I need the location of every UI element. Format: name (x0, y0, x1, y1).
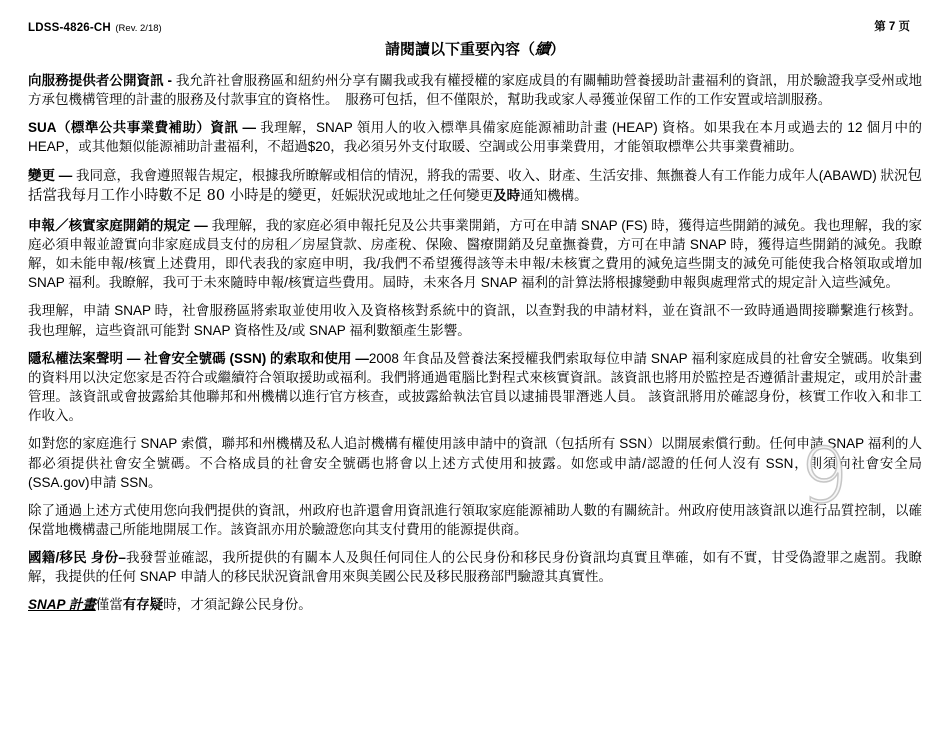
text-run: 我理解，申請 SNAP 時，社會服務區將索取並使用收入及資格核對系統中的資訊，以… (28, 303, 922, 337)
text-run: SNAP 計畫 (28, 597, 96, 612)
text-run: 時，才須記錄公民身份。 (163, 597, 312, 612)
paragraph: 我理解，申請 SNAP 時，社會服務區將索取並使用收入及資格核對系統中的資訊，以… (28, 301, 922, 339)
text-run: 除了通過上述方式使用您向我們提供的資訊，州政府也許還會用資訊進行領取家庭能源補助… (28, 503, 922, 537)
text-run: 變更 — (28, 168, 76, 183)
paragraph: 除了通過上述方式使用您向我們提供的資訊，州政府也許還會用資訊進行領取家庭能源補助… (28, 501, 922, 539)
text-run: SUA（標準公共事業費補助）資訊 — (28, 120, 260, 135)
text-run: 申報／核實家庭開銷的規定 — (28, 218, 212, 233)
page-number: 第 7 页 (874, 18, 922, 34)
form-identifier: LDSS-4826-CH (Rev. 2/18) (28, 18, 162, 36)
text-run: 僅當 (96, 597, 123, 612)
paragraph: SNAP 計畫僅當有存疑時，才須記錄公民身份。 (28, 595, 922, 614)
text-run: 有存疑 (123, 597, 164, 612)
text-run: 及時 (493, 188, 520, 203)
document-page: LDSS-4826-CH (Rev. 2/18) 第 7 页 請閱讀以下重要內容… (0, 0, 950, 733)
form-number: LDSS-4826-CH (28, 22, 111, 34)
text-run: 我發誓並確認，我所提供的有關本人及與任何同住人的公民身份和移民身份資訊均真實且準… (28, 550, 922, 584)
paragraph: 國籍/移民 身份–我發誓並確認，我所提供的有關本人及與任何同住人的公民身份和移民… (28, 548, 922, 586)
paragraph: 隱私權法案聲明 — 社會安全號碼 (SSN) 的索取和使用 —2008 年食品及… (28, 349, 922, 426)
page-title-emphasis: 續 (535, 41, 550, 58)
paragraph: 申報／核實家庭開銷的規定 — 我理解，我的家庭必須申報托兒及公共事業開銷，方可在… (28, 216, 922, 293)
paragraph: SUA（標準公共事業費補助）資訊 — 我理解，SNAP 領用人的收入標準具備家庭… (28, 118, 922, 156)
text-run: 妊娠狀況或地址之任何變更 (331, 188, 493, 203)
text-run: 國籍/移民 身份– (28, 550, 126, 565)
paragraph: 變更 — 我同意，我會遵照報告規定，根據我所瞭解或相信的情況，將我的需要、收入、… (28, 166, 922, 207)
paragraph: 向服務提供者公開資訊 - 我允許社會服務區和紐約州分享有關我或我有權授權的家庭成… (28, 71, 922, 109)
text-run: 隱私權法案聲明 — 社會安全號碼 (SSN) 的索取和使用 — (28, 351, 369, 366)
paragraph: 如對您的家庭進行 SNAP 索償，聯邦和州機構及私人追討機構有權使用該申請中的資… (28, 434, 922, 491)
text-run: 我同意，我會遵照報告規定，根據我所瞭解或相信的情況，將我的需要、收入、財產、生活… (76, 168, 907, 183)
form-revision: (Rev. 2/18) (115, 23, 161, 34)
text-run: 如對您的家庭進行 SNAP 索償，聯邦和州機構及私人追討機構有權使用該申請中的資… (28, 436, 922, 489)
text-run: 通知機構。 (520, 188, 588, 203)
document-body: 向服務提供者公開資訊 - 我允許社會服務區和紐約州分享有關我或我有權授權的家庭成… (28, 71, 922, 615)
page-title-prefix: 請閱讀以下重要內容（ (385, 41, 535, 58)
page-title: 請閱讀以下重要內容（續） (28, 38, 922, 59)
page-header: LDSS-4826-CH (Rev. 2/18) 第 7 页 (28, 18, 922, 36)
page-title-suffix: ） (550, 41, 565, 58)
text-run: 向服務提供者公開資訊 - (28, 73, 176, 88)
